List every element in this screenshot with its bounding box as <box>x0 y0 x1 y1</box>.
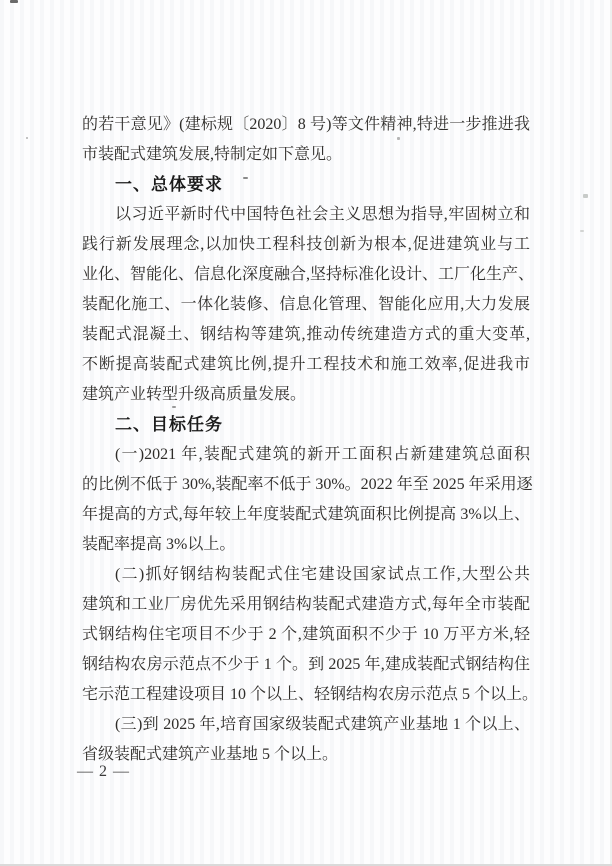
body-text-line: 宅示范工程建设项目 10 个以上、轻钢结构农房示范点 5 个以上。 <box>82 680 530 710</box>
scanned-document-page: 的若干意见》(建标规〔2020〕8 号)等文件精神,特进一步推进我 市装配式建筑… <box>0 0 612 866</box>
scan-speck <box>580 230 584 232</box>
body-text-line: 市装配式建筑发展,特制定如下意见。 <box>82 140 530 170</box>
body-text-line: 装配式混凝土、钢结构等建筑,推动传统建造方式的重大变革, <box>82 320 530 350</box>
scan-speck <box>397 137 400 140</box>
body-text-line: 装配率提高 3%以上。 <box>82 530 530 560</box>
body-text-line: 钢结构农房示范点不少于 1 个。到 2025 年,建成装配式钢结构住 <box>82 650 530 680</box>
body-text-line: 以习近平新时代中国特色社会主义思想为指导,牢固树立和 <box>82 200 530 230</box>
scan-speck <box>26 137 28 139</box>
body-text-line: 年提高的方式,每年较上年度装配式建筑面积比例提高 3%以上、 <box>82 500 530 530</box>
body-text-line: 不断提高装配式建筑比例,提升工程技术和施工效率,促进我市 <box>82 350 530 380</box>
body-text-line: (三)到 2025 年,培育国家级装配式建筑产业基地 1 个以上、 <box>82 710 530 740</box>
scan-speck <box>172 406 176 408</box>
body-text-line: 式钢结构住宅项目不少于 2 个,建筑面积不少于 10 万平方米,轻 <box>82 620 530 650</box>
body-text-line: (一)2021 年,装配式建筑的新开工面积占新建建筑总面积 <box>82 440 530 470</box>
section-heading: 一、总体要求 <box>82 170 530 200</box>
body-text-line: 的若干意见》(建标规〔2020〕8 号)等文件精神,特进一步推进我 <box>82 110 530 140</box>
scan-speck <box>10 0 18 3</box>
section-heading: 二、目标任务 <box>82 410 530 440</box>
body-text-line: 践行新发展理念,以加快工程科技创新为根本,促进建筑业与工 <box>82 230 530 260</box>
body-text-line: (二)抓好钢结构装配式住宅建设国家试点工作,大型公共 <box>82 560 530 590</box>
body-text-line: 建筑产业转型升级高质量发展。 <box>82 380 530 410</box>
page-number: — 2 — <box>77 763 130 781</box>
body-text-line: 建筑和工业厂房优先采用钢结构装配式建造方式,每年全市装配 <box>82 590 530 620</box>
scan-speck <box>583 194 588 198</box>
body-text-line: 省级装配式建筑产业基地 5 个以上。 <box>82 740 530 770</box>
body-text-line: 业化、智能化、信息化深度融合,坚持标准化设计、工厂化生产、 <box>82 260 530 290</box>
body-text-line: 的比例不低于 30%,装配率不低于 30%。2022 年至 2025 年采用逐 <box>82 470 530 500</box>
scan-speck <box>243 177 248 179</box>
document-body: 的若干意见》(建标规〔2020〕8 号)等文件精神,特进一步推进我 市装配式建筑… <box>82 110 530 770</box>
body-text-line: 装配化施工、一体化装修、信息化管理、智能化应用,大力发展 <box>82 290 530 320</box>
